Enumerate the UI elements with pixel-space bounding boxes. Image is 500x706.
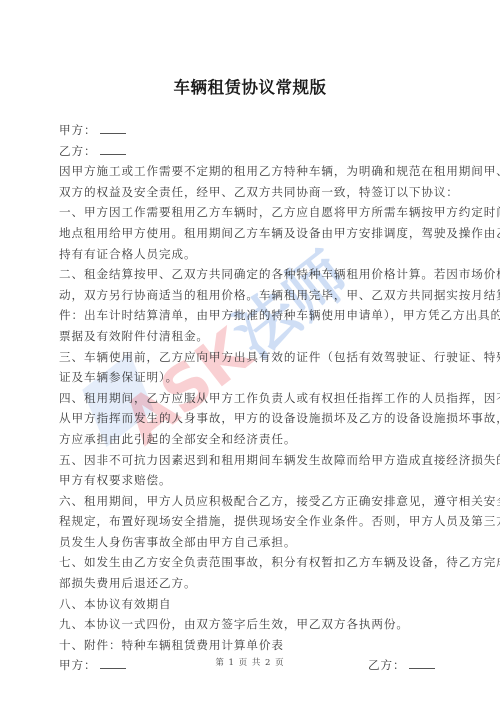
clause-7: 七、如发生由乙方安全负责范围事故，积分有权暂扣乙方车辆及设备，待乙方完成全 [59,552,445,573]
clause-8: 八、本协议有效期自 [59,594,445,615]
text-line: 持有有证合格人员完成。 [59,244,445,265]
text-line: 从甲方指挥而发生的人身事故，甲方的设备设施损坏及乙方的设备设施损坏事故，乙 [59,408,445,429]
text-line: 件：出车计时结算清单，由甲方批准的特种车辆使用申请单），甲方凭乙方出具的有效 [59,305,445,326]
party-a-blank [100,124,126,134]
text-line: 甲方有权要求赔偿。 [59,470,445,491]
clause-9: 九、本协议一式四份，由双方签字后生效，甲乙双方各执两份。 [59,614,445,635]
text-line: 双方的权益及安全责任，经甲、乙双方共同协商一致，特签订以下协议： [59,182,445,203]
text-line: 票据及有效附件付清租金。 [59,326,445,347]
party-a-line: 甲方： [59,120,445,141]
text-line: 因甲方施工或工作需要不定期的租用乙方特种车辆，为明确和规范在租用期间甲、乙 [59,161,445,182]
document-title: 车辆租赁协议常规版 [0,74,500,98]
clause-10: 十、附件：特种车辆租赁费用计算单价表 [59,635,445,656]
clause-6: 六、租用期间，甲方人员应积极配合乙方，接受乙方正确安排意见，遵守相关安全规 [59,491,445,512]
document-body: 甲方： 乙方： 因甲方施工或工作需要不定期的租用乙方特种车辆，为明确和规范在租用… [59,120,445,676]
text-line: 方应承担由此引起的全部安全和经济责任。 [59,429,445,450]
party-b-line: 乙方： [59,141,445,162]
text-line: 动，双方另行协商适当的租用价格。车辆租用完毕，甲、乙双方共同据实按月结算（附 [59,285,445,306]
page-footer: 第 1 页 共 2 页 [0,656,500,668]
party-a-label: 甲方： [59,123,96,137]
document-page: ASK法师 车辆租赁协议常规版 甲方： 乙方： 因甲方施工或工作需要不定期的租用… [0,0,500,706]
clause-4: 四、租用期间，乙方应服从甲方工作负责人或有权担任指挥工作的人员指挥，因不服 [59,388,445,409]
text-line: 部损失费用后退还乙方。 [59,573,445,594]
party-b-label: 乙方： [59,144,96,158]
text-line: 地点租用给甲方使用。租用期间乙方车辆及设备由甲方安排调度，驾驶及操作由乙方 [59,223,445,244]
text-line: 员发生人身伤害事故全部由甲方自己承担。 [59,532,445,553]
clause-1: 一、甲方因工作需要租用乙方车辆时，乙方应自愿将甲方所需车辆按甲方约定时间、 [59,202,445,223]
party-b-blank [100,145,126,155]
clause-3: 三、车辆使用前，乙方应向甲方出具有效的证件（包括有效驾驶证、行驶证、特殊操作 [59,347,445,368]
text-line: 程规定，布置好现场安全措施，提供现场安全作业条件。否则，甲方人员及第三方人 [59,511,445,532]
clause-5: 五、因非不可抗力因素迟到和租用期间车辆发生故障而给甲方造成直接经济损失的， [59,450,445,471]
clause-2: 二、租金结算按甲、乙双方共同确定的各种特种车辆租用价格计算。若因市场价格变 [59,264,445,285]
text-line: 证及车辆参保证明）。 [59,367,445,388]
